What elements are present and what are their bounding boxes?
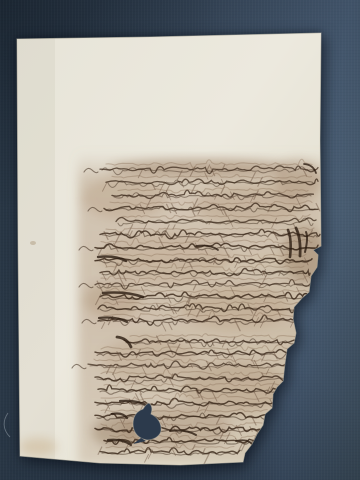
hair-scratch-mark [4, 413, 10, 437]
photo-background [0, 0, 360, 480]
manuscript-svg [0, 0, 360, 480]
